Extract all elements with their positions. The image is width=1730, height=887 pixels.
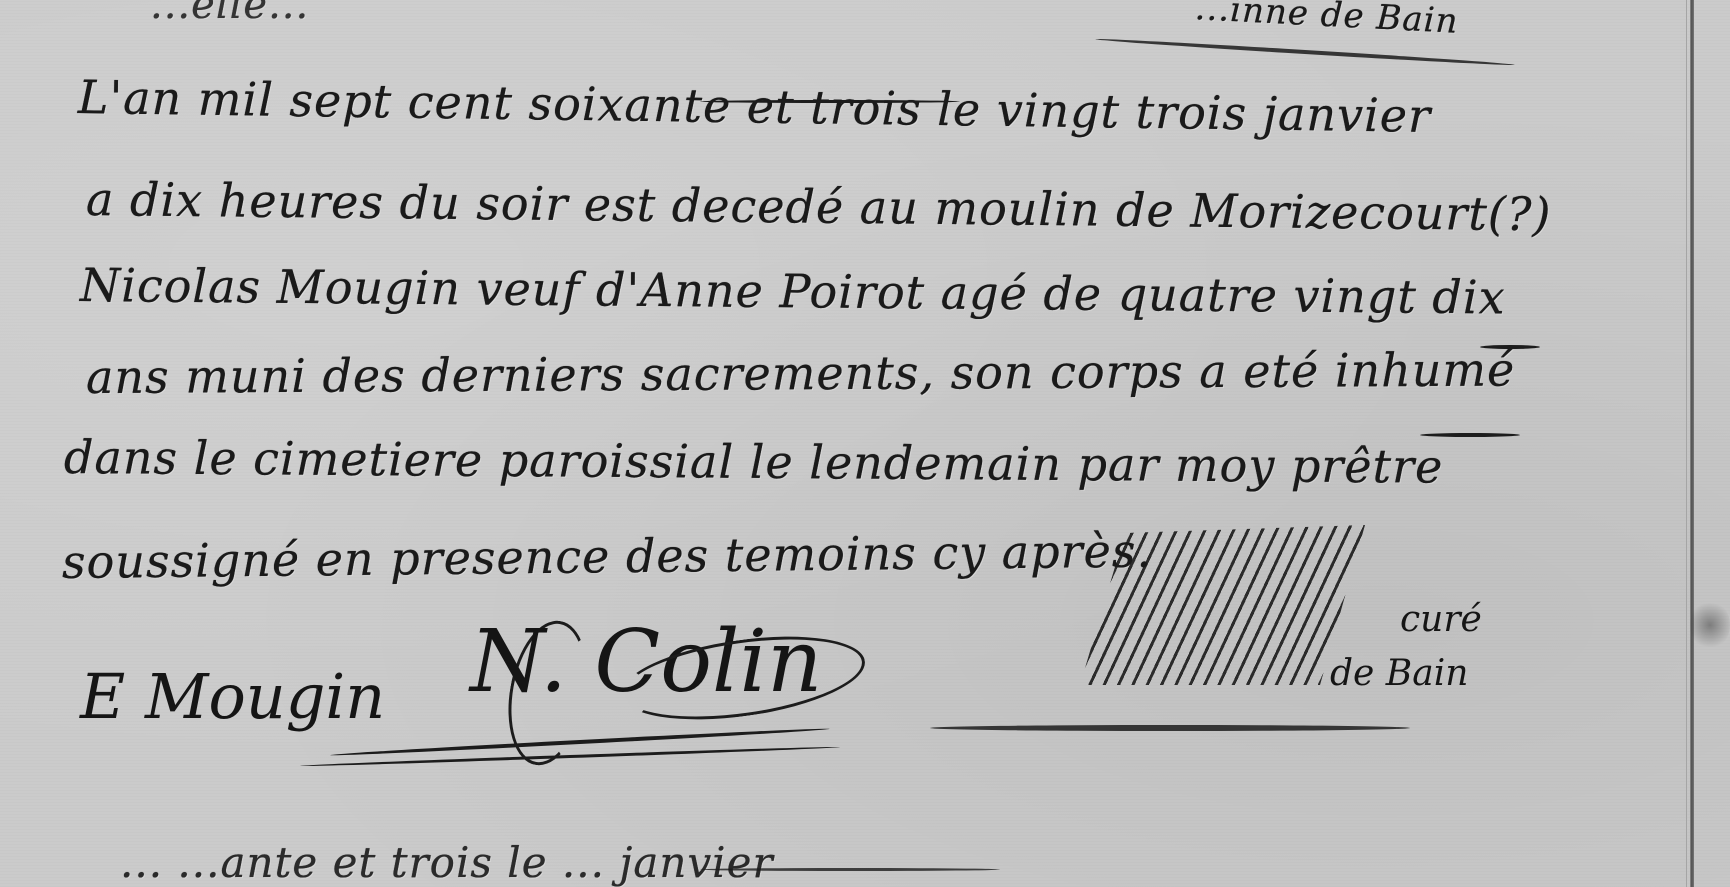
signature-underline — [330, 727, 830, 757]
record-line-5: dans le cimetiere paroissial le lendemai… — [64, 430, 1444, 494]
record-line-3: Nicolas Mougin veuf d'Anne Poirot agé de… — [80, 258, 1506, 324]
strikethrough-stroke — [700, 100, 960, 103]
priest-title-line-2: de Bain — [1330, 654, 1482, 694]
record-line-1: L'an mil sept cent soixante et trois le … — [78, 70, 1432, 143]
margin-line — [1690, 0, 1694, 887]
record-line-6: soussigné en presence des temoins cy apr… — [62, 524, 1153, 589]
entry-separator-stroke — [1095, 37, 1514, 67]
previous-entry-signature-fragment: ...inne de Bain — [1194, 0, 1459, 42]
next-entry-fragment: ... ...ante et trois le ... janvier — [120, 838, 774, 887]
priest-title-line-1: curé — [1400, 600, 1482, 640]
line-filler-stroke — [1480, 345, 1540, 349]
record-line-2: a dix heures du soir est decedé au mouli… — [86, 172, 1552, 241]
strikethrough-stroke — [700, 868, 1000, 871]
signature-underline — [300, 746, 840, 768]
margin-line-faint — [1686, 0, 1687, 887]
manuscript-page: ...elle... ...inne de Bain L'an mil sept… — [0, 0, 1730, 887]
signature-mougin: E Mougin — [80, 660, 385, 733]
previous-entry-fragment: ...elle... — [150, 0, 309, 28]
record-line-4: ans muni des derniers sacrements, son co… — [86, 343, 1516, 404]
entry-separator-stroke — [930, 725, 1410, 731]
ink-blot — [1690, 600, 1730, 650]
line-filler-stroke — [1420, 433, 1520, 437]
priest-title: curé de Bain — [1330, 600, 1482, 694]
